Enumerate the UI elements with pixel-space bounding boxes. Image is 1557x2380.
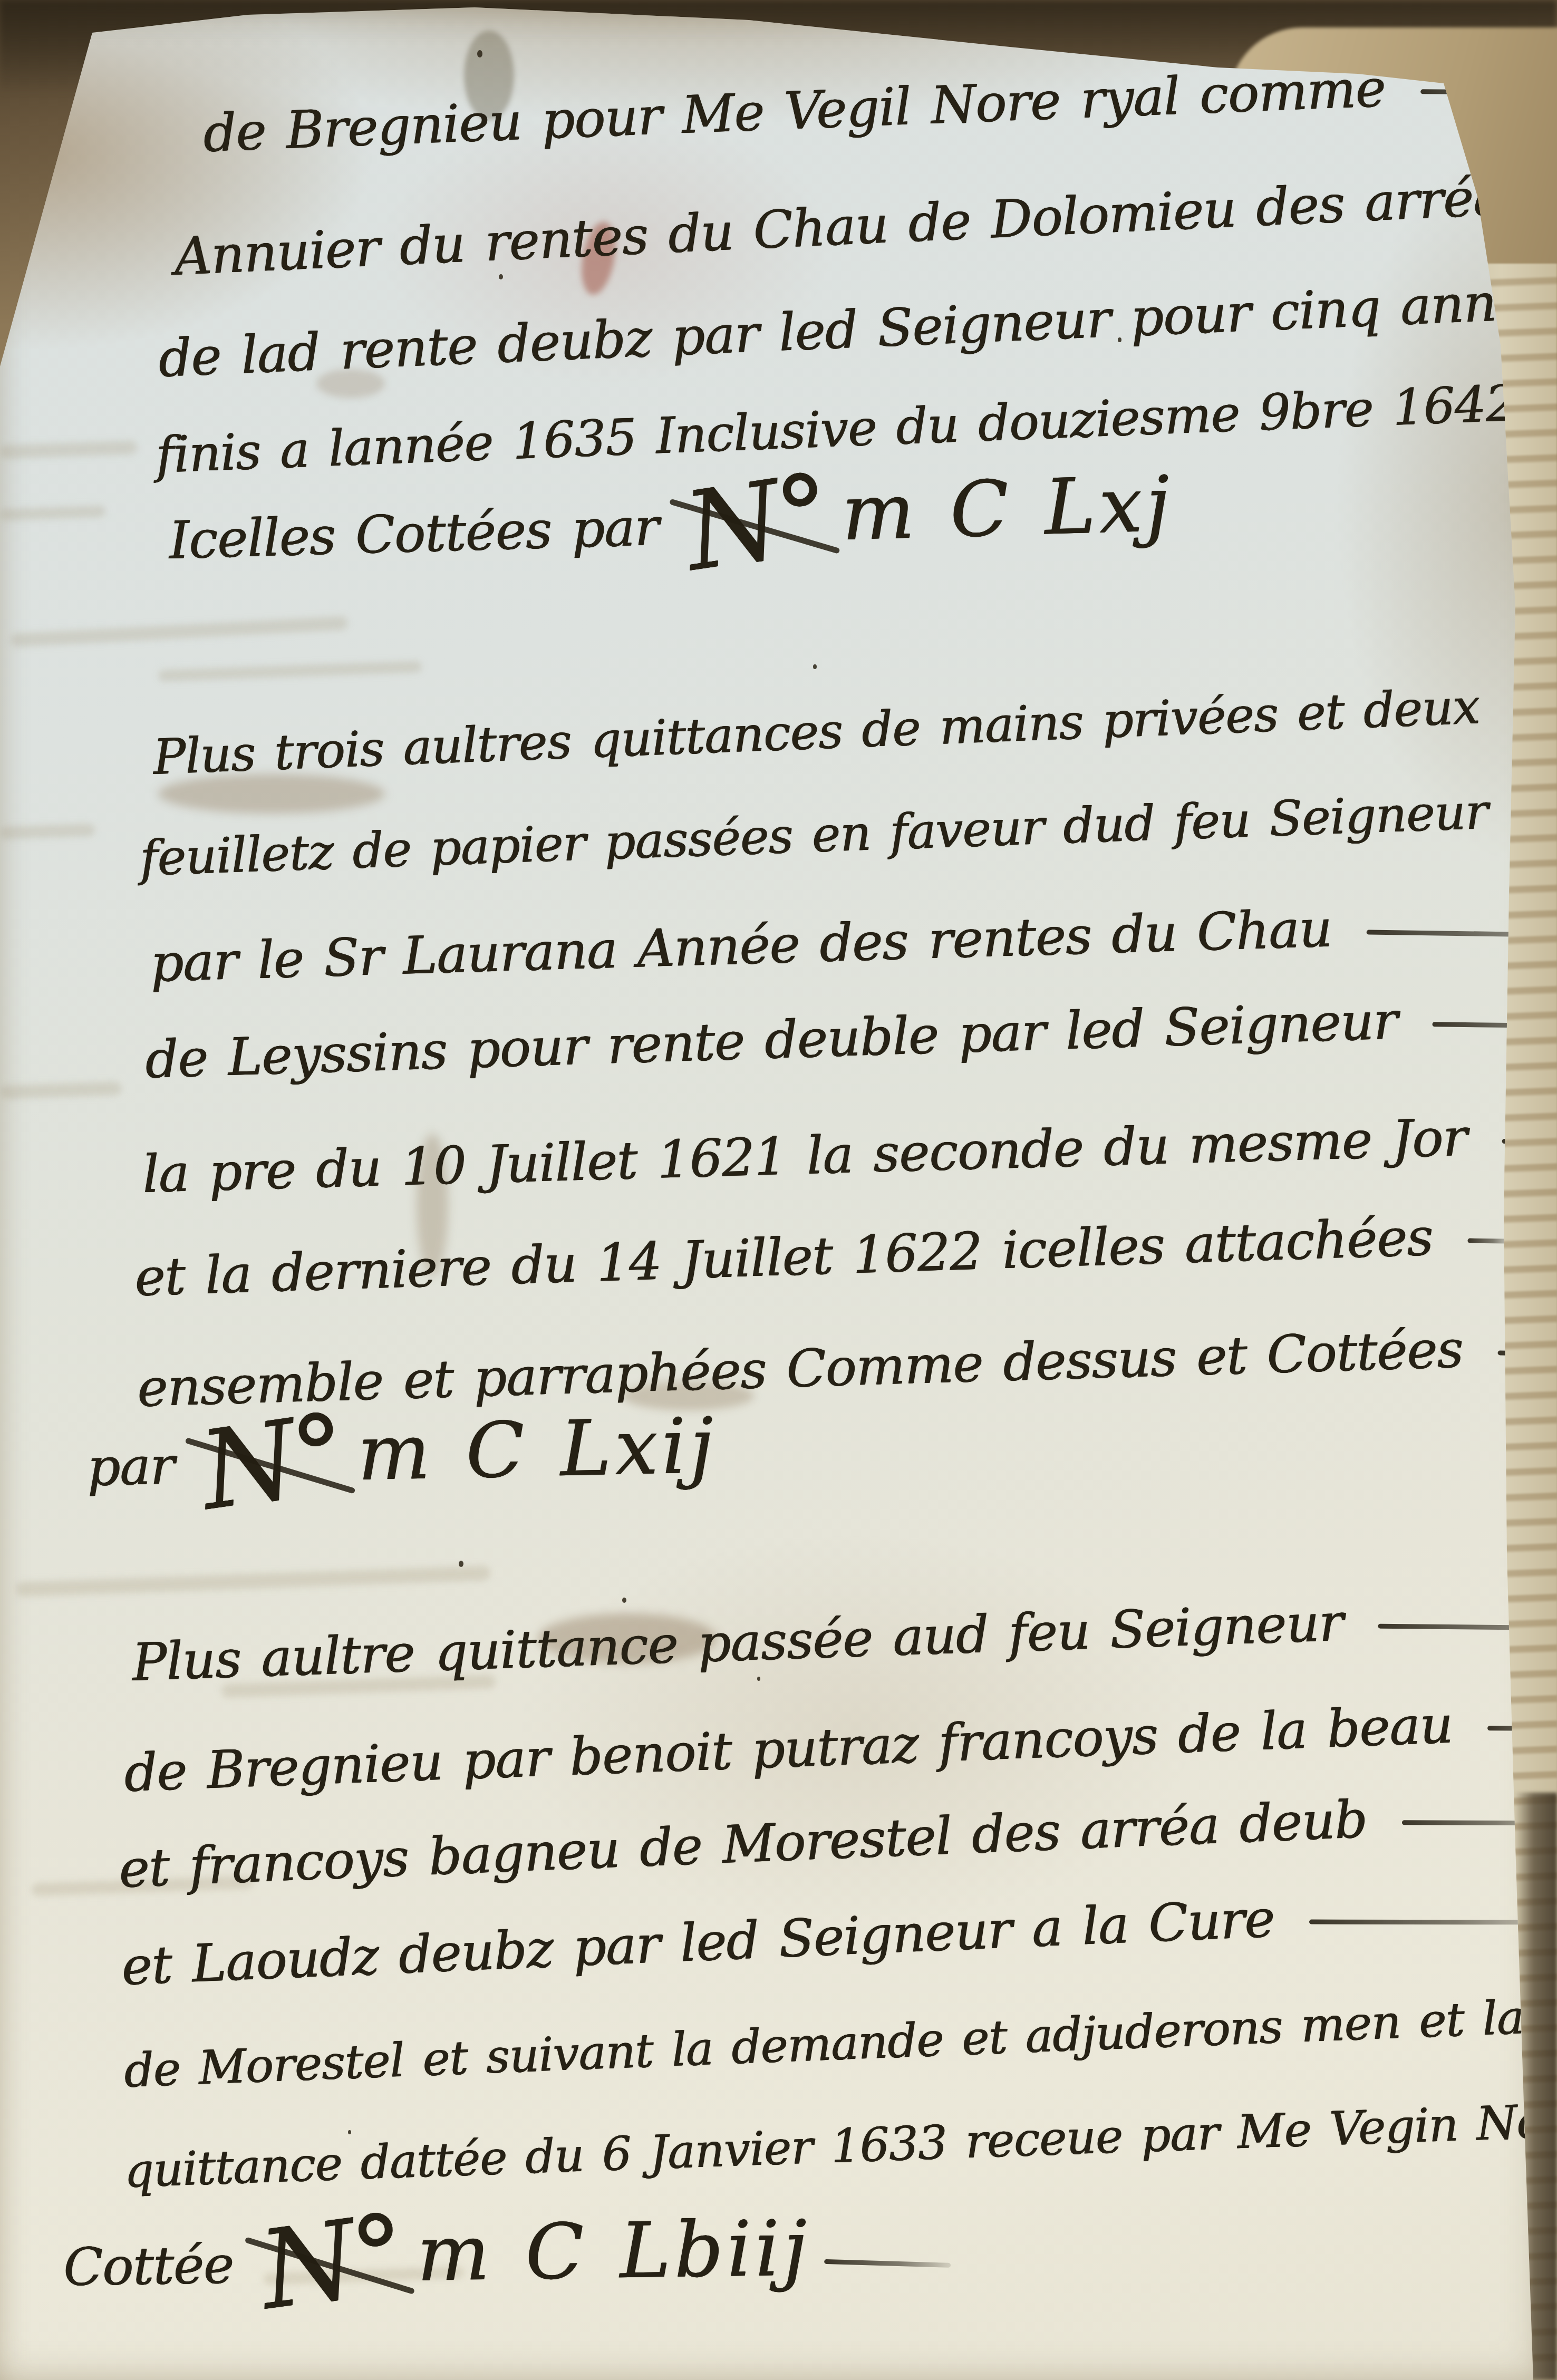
line-text: Plus aultre quittance passée aud feu Sei…: [131, 1593, 1344, 1693]
manuscript-line: par N°m C Lxij: [86, 1404, 731, 1501]
cote-number-text: [1417, 967, 1419, 1056]
line-text: et Laoudz deubz par led Seigneur a la Cu…: [120, 1889, 1275, 1997]
bleedthrough-mark: [11, 616, 348, 647]
bleedthrough-mark: [0, 506, 105, 521]
manuscript-line: Cottée N°m C Lbiij: [63, 2205, 951, 2301]
cote-number-text: [1486, 1084, 1489, 1173]
cote-number-text: [1362, 1569, 1366, 1658]
bleedthrough-mark: [0, 1081, 121, 1099]
line-text: Icelles Cottées par: [168, 497, 680, 571]
line-text: la pre du 10 Juillet 1621 la seconde du …: [142, 1108, 1468, 1205]
manuscript-line: ensemble et parraphées Comme dessus et C…: [136, 1293, 1557, 1424]
manuscript-page: de Bregnieu pour Me Vegil Nore ryal comm…: [0, 0, 1557, 2380]
manuscript-photo: de Bregnieu pour Me Vegil Nore ryal comm…: [0, 0, 1557, 2380]
ink-speck: [813, 664, 817, 669]
cote-number-text: [1482, 1295, 1485, 1385]
cote-number-text: [1498, 656, 1502, 740]
line-text: quittance dattée du 6 Janvier 1633 receu…: [123, 2093, 1557, 2198]
cote-number-mark: N°: [262, 2253, 402, 2272]
cote-number-mark: N°: [202, 1452, 343, 1472]
bleedthrough-mark: [0, 824, 95, 839]
cote-number-mark: N°: [687, 512, 828, 534]
cote-number-text: m C Lxij: [356, 1401, 718, 1498]
bleedthrough-mark: [16, 1565, 490, 1597]
cote-number-text: [1351, 875, 1354, 964]
cote-number-text: [1507, 761, 1510, 845]
cote-number-text: [1452, 1183, 1455, 1272]
ink-speck: [459, 1561, 463, 1567]
line-text: Plus trois aultres quittances de mains p…: [152, 678, 1480, 786]
line-filler-stroke: [824, 2259, 951, 2268]
line-text: par: [86, 1436, 195, 1498]
cote-number-text: [1386, 1765, 1389, 1854]
cote-number-text: m C Lxj: [840, 460, 1174, 558]
bleedthrough-mark: [158, 661, 422, 681]
line-filler-stroke: [1468, 1239, 1510, 1244]
line-text: de Morestel et suivant la demande et adj…: [123, 1989, 1554, 2098]
line-text: et la derniere du 14 Juillet 1622 icelle…: [134, 1207, 1434, 1308]
cote-number-text: [1472, 1671, 1475, 1760]
cote-number-text: [1293, 1865, 1297, 1954]
bleedthrough-mark: [0, 440, 137, 459]
line-text: Cottée: [63, 2235, 254, 2298]
line-text: de Bregnieu pour Me Vegil Nore ryal comm…: [202, 59, 1386, 164]
ink-speck: [477, 50, 482, 57]
line-text: de Leyssins pour rente deuble par led Se…: [144, 991, 1398, 1090]
cote-number-text: m C Lbiij: [417, 2204, 811, 2298]
